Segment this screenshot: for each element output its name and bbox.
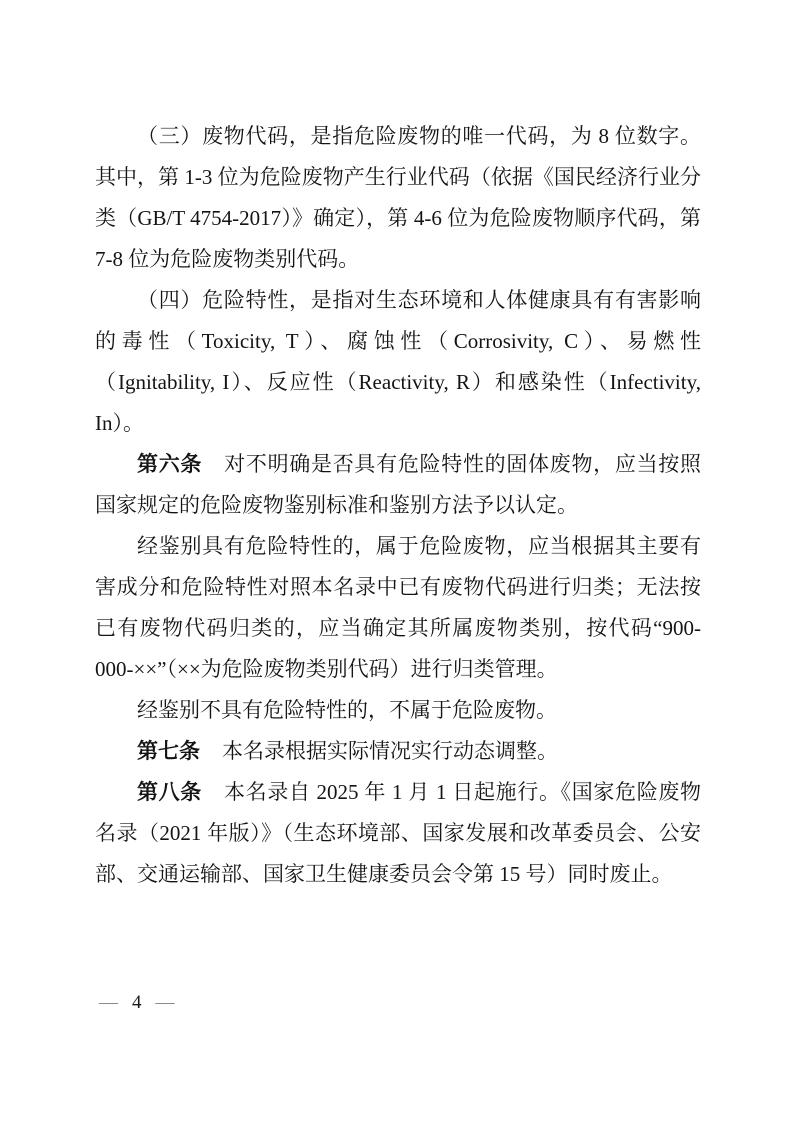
footer-dash-left: — xyxy=(99,992,118,1013)
paragraph-text: 经鉴别具有危险特性的，属于危险废物，应当根据其主要有害成分和危险特性对照本名录中… xyxy=(95,534,701,681)
page-number: 4 xyxy=(132,992,142,1013)
paragraph-article-7: 第七条本名录根据实际情况实行动态调整。 xyxy=(95,731,701,772)
article-number-label: 第六条 xyxy=(137,452,202,476)
article-number-label: 第七条 xyxy=(137,739,200,763)
paragraph-waste-code-definition: （三）废物代码，是指危险废物的唯一代码，为 8 位数字。其中，第 1-3 位为危… xyxy=(95,116,701,280)
paragraph-text: （四）危险特性，是指对生态环境和人体健康具有有害影响的毒性（Toxicity, … xyxy=(95,288,701,435)
paragraph-article-6: 第六条对不明确是否具有危险特性的固体废物，应当按照国家规定的危险废物鉴别标准和鉴… xyxy=(95,444,701,526)
footer-dash-right: — xyxy=(156,992,175,1013)
paragraph-classification-rule: 经鉴别具有危险特性的，属于危险废物，应当根据其主要有害成分和危险特性对照本名录中… xyxy=(95,526,701,690)
paragraph-article-8: 第八条本名录自 2025 年 1 月 1 日起施行。《国家危险废物名录（2021… xyxy=(95,772,701,895)
paragraph-text: 经鉴别不具有危险特性的，不属于危险废物。 xyxy=(137,698,557,722)
paragraph-hazard-characteristics-definition: （四）危险特性，是指对生态环境和人体健康具有有害影响的毒性（Toxicity, … xyxy=(95,280,701,444)
document-body: （三）废物代码，是指危险废物的唯一代码，为 8 位数字。其中，第 1-3 位为危… xyxy=(95,116,701,895)
document-page: （三）废物代码，是指危险废物的唯一代码，为 8 位数字。其中，第 1-3 位为危… xyxy=(0,0,794,1123)
paragraph-text: （三）废物代码，是指危险废物的唯一代码，为 8 位数字。其中，第 1-3 位为危… xyxy=(95,124,701,271)
article-number-label: 第八条 xyxy=(137,780,202,804)
paragraph-text: 本名录根据实际情况实行动态调整。 xyxy=(222,739,558,763)
page-footer: —4— xyxy=(99,991,175,1015)
paragraph-not-hazardous-rule: 经鉴别不具有危险特性的，不属于危险废物。 xyxy=(95,690,701,731)
